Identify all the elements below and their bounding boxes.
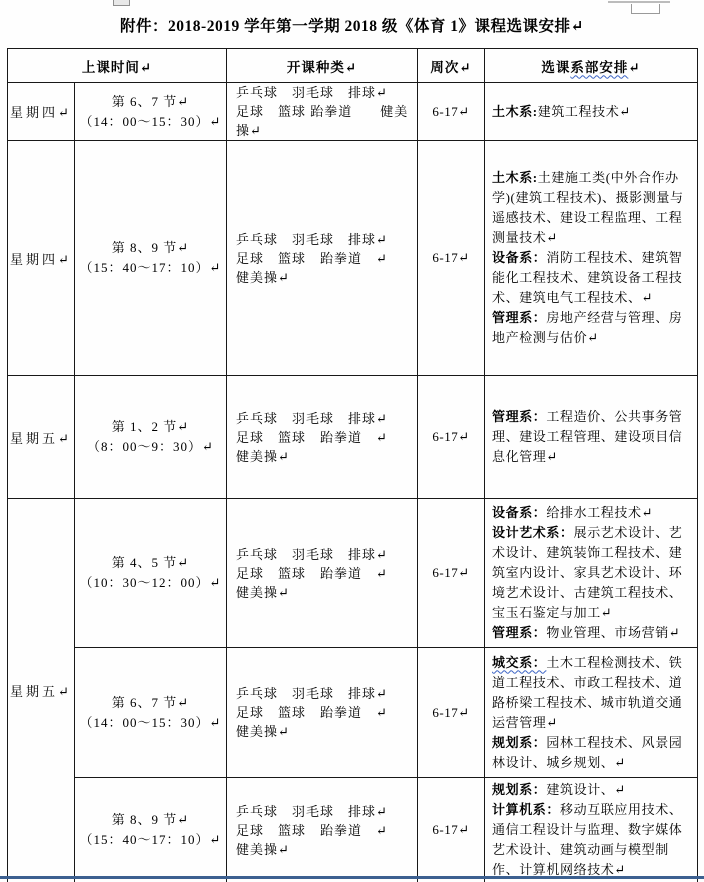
- dept-entry: 城交系：土木工程检测技术、铁道工程技术、市政工程技术、道路桥梁工程技术、城市轨道…: [492, 653, 690, 733]
- period-cell: 第 8、9 节↵ （15：40～17：10）↵: [75, 778, 227, 882]
- day-cell: 星期四↵: [8, 141, 75, 376]
- dept-entry: 规划系：园林工程技术、风景园林设计、城乡规划、↵: [492, 733, 690, 773]
- dept-name: 管理系：: [492, 310, 546, 325]
- dept-name: 规划系：: [492, 782, 546, 797]
- dept-cell: 土木系:土建施工类(中外合作办学)(建筑工程技术)、摄影测量与遥感技术、建设工程…: [485, 141, 698, 376]
- dept-cell: 管理系：工程造价、公共事务管理、建设工程管理、建设项目信息化管理↵: [485, 376, 698, 499]
- table-row: 星期四↵ 第 6、7 节↵ （14：00～15：30）↵ 乒乓球 羽毛球 排球↵…: [8, 83, 698, 141]
- week-cell: 6-17↵: [418, 83, 485, 141]
- dept-entry: 土木系:建筑工程技术↵: [492, 102, 690, 122]
- dept-cell: 土木系:建筑工程技术↵: [485, 83, 698, 141]
- table-row: 第 6、7 节↵ （14：00～15：30）↵ 乒乓球 羽毛球 排球↵ 足球 篮…: [8, 648, 698, 778]
- header-dept-pre: 选课: [541, 60, 570, 75]
- dept-entry: 管理系：物业管理、市场营销↵: [492, 623, 690, 643]
- dept-cell: 城交系：土木工程检测技术、铁道工程技术、市政工程技术、道路桥梁工程技术、城市轨道…: [485, 648, 698, 778]
- ruler-edge-line: [608, 1, 670, 3]
- dept-entry: 管理系：工程造价、公共事务管理、建设工程管理、建设项目信息化管理↵: [492, 407, 690, 467]
- week-cell: 6-17↵: [418, 499, 485, 648]
- day-cell: 星期五↵: [8, 376, 75, 499]
- sports-cell: 乒乓球 羽毛球 排球↵ 足球 篮球 跆拳道 ↵ 健美操↵: [227, 778, 418, 882]
- day-cell: 星期四↵: [8, 83, 75, 141]
- dept-name: 管理系：: [492, 625, 546, 640]
- sports-cell: 乒乓球 羽毛球 排球↵ 足球 篮球 跆拳道 ↵ 健美操↵: [227, 376, 418, 499]
- dept-entry: 管理系：房地产经营与管理、房地产检测与估价↵: [492, 308, 690, 348]
- dept-name: 管理系：: [492, 409, 546, 424]
- ruler-margin-marker-icon: [631, 4, 660, 14]
- dept-name: 土木系:: [492, 104, 538, 119]
- dept-courses: 建筑工程技术↵: [538, 104, 631, 119]
- sports-cell: 乒乓球 羽毛球 排球↵ 足球 篮球 跆拳道 ↵ 健美操↵: [227, 141, 418, 376]
- ruler-indent-marker-icon: [113, 0, 130, 6]
- table-row: 星期五↵ 第 1、2 节↵ （8：00～9：30）↵ 乒乓球 羽毛球 排球↵ 足…: [8, 376, 698, 499]
- header-course-type: 开课种类↵: [227, 49, 418, 83]
- header-row: 上课时间↵ 开课种类↵ 周次↵ 选课系部安排↵: [8, 49, 698, 83]
- dept-entry: 规划系：建筑设计、↵: [492, 780, 690, 800]
- period-cell: 第 1、2 节↵ （8：00～9：30）↵: [75, 376, 227, 499]
- paragraph-mark: ↵: [628, 60, 640, 75]
- dept-name: 土木系:: [492, 170, 538, 185]
- dept-name: 设计艺术系：: [492, 525, 574, 540]
- dept-cell: 设备系：给排水工程技术↵ 设计艺术系：展示艺术设计、艺术设计、建筑装饰工程技术、…: [485, 499, 698, 648]
- dept-name: 设备系：: [492, 505, 546, 520]
- dept-entry: 设备系：消防工程技术、建筑智能化工程技术、建筑设备工程技术、建筑电气工程技术、↵: [492, 248, 690, 308]
- dept-entry: 设备系：给排水工程技术↵: [492, 503, 690, 523]
- dept-entry: 计算机系：移动互联应用技术、通信工程设计与监理、数字媒体艺术设计、建筑动画与模型…: [492, 800, 690, 880]
- page-edge-blue-line: [0, 876, 704, 879]
- period-cell: 第 4、5 节↵ （10：30～12：00）↵: [75, 499, 227, 648]
- week-cell: 6-17↵: [418, 778, 485, 882]
- header-week: 周次↵: [418, 49, 485, 83]
- dept-courses: 给排水工程技术↵: [546, 505, 653, 520]
- header-dept-arrangement: 选课系部安排↵: [485, 49, 698, 83]
- week-cell: 6-17↵: [418, 141, 485, 376]
- header-class-time: 上课时间↵: [8, 49, 227, 83]
- course-selection-table: 上课时间↵ 开课种类↵ 周次↵ 选课系部安排↵ 星期四↵ 第 6、7 节↵ （1…: [7, 48, 698, 882]
- page-title: 附件：2018-2019 学年第一学期 2018 级《体育 1》课程选课安排↵: [0, 14, 704, 36]
- dept-courses: 建筑设计、↵: [546, 782, 626, 797]
- dept-cell: 规划系：建筑设计、↵ 计算机系：移动互联应用技术、通信工程设计与监理、数字媒体艺…: [485, 778, 698, 882]
- week-cell: 6-17↵: [418, 376, 485, 499]
- dept-name: 规划系：: [492, 735, 546, 750]
- sports-cell: 乒乓球 羽毛球 排球↵ 足球 篮球 跆拳道 健美 操↵: [227, 83, 418, 141]
- word-document-page: 附件：2018-2019 学年第一学期 2018 级《体育 1》课程选课安排↵ …: [0, 0, 704, 882]
- period-cell: 第 6、7 节↵ （14：00～15：30）↵: [75, 83, 227, 141]
- table-row: 星期四↵ 第 8、9 节↵ （15：40～17：10）↵ 乒乓球 羽毛球 排球↵…: [8, 141, 698, 376]
- dept-courses: 物业管理、市场营销↵: [546, 625, 680, 640]
- sports-cell: 乒乓球 羽毛球 排球↵ 足球 篮球 跆拳道 ↵ 健美操↵: [227, 648, 418, 778]
- dept-entry: 土木系:土建施工类(中外合作办学)(建筑工程技术)、摄影测量与遥感技术、建设工程…: [492, 168, 690, 248]
- day-cell-merged: 星期五↵: [8, 499, 75, 882]
- dept-name: 计算机系：: [492, 802, 560, 817]
- dept-name-wavy-underlined: 城交系：: [492, 655, 546, 670]
- period-cell: 第 8、9 节↵ （15：40～17：10）↵: [75, 141, 227, 376]
- dept-entry: 设计艺术系：展示艺术设计、艺术设计、建筑装饰工程技术、建筑室内设计、家具艺术设计…: [492, 523, 690, 623]
- dept-name: 设备系：: [492, 250, 546, 265]
- period-cell: 第 6、7 节↵ （14：00～15：30）↵: [75, 648, 227, 778]
- header-dept-wavy-underlined: 系部安排: [570, 60, 628, 75]
- sports-cell: 乒乓球 羽毛球 排球↵ 足球 篮球 跆拳道 ↵ 健美操↵: [227, 499, 418, 648]
- week-cell: 6-17↵: [418, 648, 485, 778]
- table-row: 星期五↵ 第 4、5 节↵ （10：30～12：00）↵ 乒乓球 羽毛球 排球↵…: [8, 499, 698, 648]
- table-row: 第 8、9 节↵ （15：40～17：10）↵ 乒乓球 羽毛球 排球↵ 足球 篮…: [8, 778, 698, 882]
